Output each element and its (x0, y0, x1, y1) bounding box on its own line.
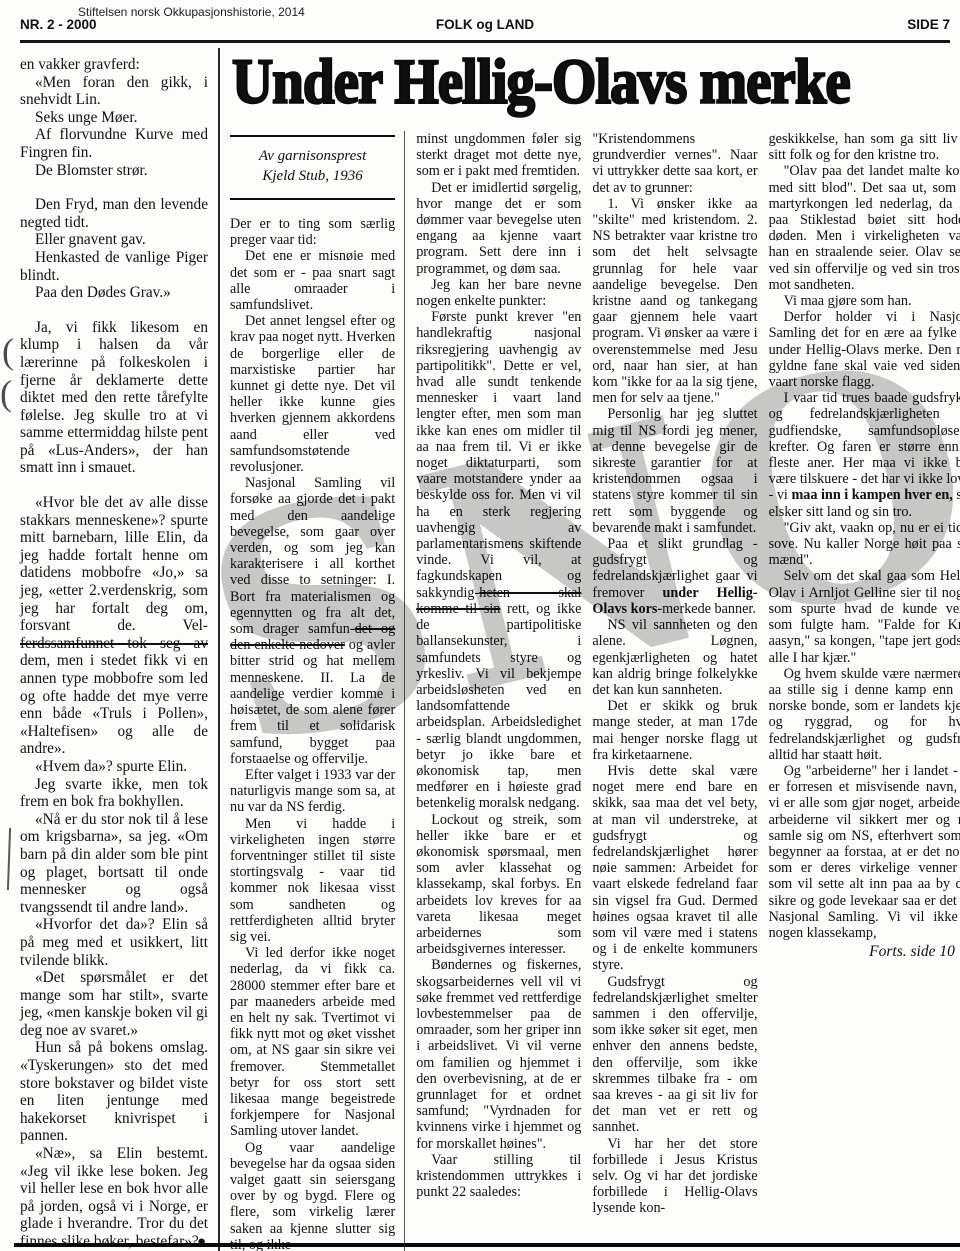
paragraph: Vi maa gjøre som han. (769, 293, 960, 309)
article-section: Under Hellig-Olavs merke Av garnisonspre… (220, 48, 960, 1251)
paragraph: Selv om det skal gaa som Hellig-Olav i A… (769, 568, 960, 665)
paragraph: Efter valget i 1933 var der naturligvis … (230, 767, 395, 816)
text-segment: Ja, vi fikk likesom en klump i halsen da… (20, 319, 208, 477)
text-segment: «Hvorfor det da»? Elin så på meg med et … (20, 916, 208, 968)
paragraph: Og vaar aandelige bevegelse har da ogsaa… (230, 1140, 395, 1251)
text-segment: Første punkt krever "en handlekraftig na… (416, 309, 581, 600)
newspaper-page: Stiftelsen norsk Okkupasjonshistorie, 20… (0, 0, 960, 1251)
paragraph: Hvis dette skal være noget mere end bare… (592, 763, 757, 974)
paragraph: «Hvem da»? spurte Elin. (20, 758, 208, 776)
text-segment: «Men foran den gikk, i snehvidt Lin. (20, 74, 208, 109)
text-segment: Personlig har jeg sluttet mig til NS for… (592, 406, 757, 535)
text-segment: Og hvem skulde være nærmere til aa still… (769, 666, 960, 763)
text-segment: Selv om det skal gaa som Hellig-Olav i A… (769, 568, 960, 665)
paragraph: Men vi hadde i virkeligheten ingen størr… (230, 816, 395, 946)
paragraph: Gudsfrygt og fedrelandskjærlighet smelte… (592, 974, 757, 1136)
article-column-1: Av garnisonsprest Kjeld Stub, 1936 Der e… (230, 131, 405, 1251)
paragraph: Og hvem skulde være nærmere til aa still… (769, 666, 960, 763)
page-number: SIDE 7 (907, 17, 950, 32)
paragraph: «Hvor ble det av alle disse stakkars men… (20, 494, 208, 758)
pen-mark: ( (2, 330, 14, 372)
paragraph: Nasjonal Samling vil forsøke aa gjorde d… (230, 475, 395, 767)
text-segment: Efter valget i 1933 var der naturligvis … (230, 767, 395, 815)
paragraph: «Hvorfor det da»? Elin så på meg med et … (20, 916, 208, 969)
text-segment: Jeg svarte ikke, men tok frem en bok fra… (20, 776, 208, 811)
paragraph: Og "arbeiderne" her i landet - det er fo… (769, 763, 960, 941)
text-segment: "Olav paa det landet malte korset med si… (769, 163, 960, 292)
text-segment: Nasjonal Samling vil forsøke aa gjorde d… (230, 475, 395, 637)
paragraph: NS vil sannheten og den alene. Løgnen, e… (592, 617, 757, 698)
text-segment: De Blomster strør. (35, 162, 148, 179)
text-segment: «Hvor ble det av alle disse stakkars men… (20, 494, 208, 634)
text-segment: Hvis dette skal være noget mere end bare… (592, 763, 757, 973)
text-segment: merkede banner. (662, 601, 756, 617)
paragraph: Vi led derfor ikke noget nederlag, da vi… (230, 945, 395, 1139)
paragraph: I vaar tid trues baade gudsfrykten og fe… (769, 390, 960, 520)
text-segment: minst ungdommen føler sig sterkt draget … (416, 131, 581, 179)
paragraph: minst ungdommen føler sig sterkt draget … (416, 131, 581, 180)
paragraph: Det er skikk og bruk mange steder, at ma… (592, 698, 757, 763)
paragraph: 1. Vi ønsker ikke aa "skilte" med kriste… (592, 196, 757, 407)
paragraph: De Blomster strør. (20, 162, 208, 180)
paragraph: "Olav paa det landet malte korset med si… (769, 163, 960, 293)
text-segment: Derfor holder vi i Nasjonal Samling det … (769, 309, 960, 390)
paragraph: «Nå er du stor nok til å lese om krigsba… (20, 811, 208, 917)
text-segment: Paa den Dødes Grav.» (35, 284, 171, 301)
paragraph: Ja, vi fikk likesom en klump i halsen da… (20, 319, 208, 477)
paragraph: "Kristendommens grundverdier vernes". Na… (592, 131, 757, 196)
text-segment: og avler bitter strid og hat mellem menn… (230, 637, 395, 766)
continuation-arrow-icon: ▶▶ (955, 941, 960, 961)
text-segment: Det er imidlertid sørgelig, hvor mange d… (416, 180, 581, 277)
text-segment: Seks unge Møer. (35, 109, 137, 126)
column-4-text: geskikkelse, han som ga sitt liv for sit… (769, 131, 960, 941)
masthead-title: FOLK og LAND (436, 17, 534, 32)
text-segment: Vi led derfor ikke noget nederlag, da vi… (230, 945, 395, 1139)
article-column-2: minst ungdommen føler sig sterkt draget … (416, 131, 581, 1251)
paragraph: Hun så på bokens omslag. «Tyskerungen» s… (20, 1039, 208, 1145)
article-columns: Av garnisonsprest Kjeld Stub, 1936 Der e… (230, 131, 960, 1251)
paragraph: Derfor holder vi i Nasjonal Samling det … (769, 309, 960, 390)
text-segment: Vi har her det store forbillede i Jesus … (592, 1136, 757, 1217)
byline-author: Kjeld Stub, 1936 (232, 166, 393, 186)
text-segment: 1. Vi ønsker ikke aa "skilte" med kriste… (592, 196, 757, 406)
text-segment: maa inn i kampen hver en, (791, 487, 952, 503)
masthead-row: NR. 2 - 2000 FOLK og LAND SIDE 7 (20, 17, 950, 43)
paragraph: en vakker gravferd: (20, 56, 208, 74)
paragraph: Personlig har jeg sluttet mig til NS for… (592, 406, 757, 536)
text-segment: ferdssamfunnet tok seg av (20, 635, 208, 652)
text-segment: Eller gnavent gav. (35, 231, 146, 248)
text-segment: Hun så på bokens omslag. «Tyskerungen» s… (20, 1039, 208, 1144)
paragraph: "Giv akt, vaakn op, nu er ei tid aa sove… (769, 520, 960, 569)
memoir-text: en vakker gravferd:«Men foran den gikk, … (20, 56, 208, 1251)
text-segment: Den Fryd, man den levende negted tidt. (20, 196, 208, 231)
paragraph: Henkasted de vanlige Piger blindt. (20, 249, 208, 284)
paragraph: Det ene er misnøie med det som er - paa … (230, 248, 395, 313)
paragraph: Den Fryd, man den levende negted tidt. (20, 196, 208, 231)
paragraph: Paa den Dødes Grav.» (20, 284, 208, 302)
memoir-column: en vakker gravferd:«Men foran den gikk, … (20, 48, 220, 1251)
text-segment: Henkasted de vanlige Piger blindt. (20, 249, 208, 284)
text-segment: Men vi hadde i virkeligheten ingen størr… (230, 816, 395, 945)
paragraph: Det annet lengsel efter og krav paa noge… (230, 313, 395, 475)
text-segment: Og vaar aandelige bevegelse har da ogsaa… (230, 1140, 395, 1251)
text-segment: «Næ», sa Elin bestemt. «Jeg vil ikke les… (20, 1145, 208, 1250)
text-segment: rett, og ikke de partipolitiske ballanse… (416, 601, 581, 811)
paragraph: Bøndernes og fiskernes, skogsarbeidernes… (416, 957, 581, 1151)
byline-box: Av garnisonsprest Kjeld Stub, 1936 (230, 135, 395, 200)
text-segment: Jeg kan her bare nevne nogen enkelte pun… (416, 277, 581, 309)
text-segment: en vakker gravferd: (20, 56, 140, 73)
paragraph: Eller gnavent gav. (20, 231, 208, 249)
text-segment: Det er skikk og bruk mange steder, at ma… (592, 698, 757, 763)
text-segment: "Giv akt, vaakn op, nu er ei tid aa sove… (769, 520, 960, 568)
page-body: en vakker gravferd:«Men foran den gikk, … (20, 48, 960, 1251)
text-segment: «Hvem da»? spurte Elin. (35, 758, 187, 775)
text-segment: "Kristendommens grundverdier vernes". Na… (592, 131, 757, 196)
paragraph: Lockout og streik, som heller ikke bare … (416, 812, 581, 958)
paragraph: Det er imidlertid sørgelig, hvor mange d… (416, 180, 581, 277)
text-segment: Vaar stilling til kristendommen uttrykke… (416, 1152, 581, 1200)
paragraph: Jeg kan her bare nevne nogen enkelte pun… (416, 277, 581, 309)
text-segment: Det annet lengsel efter og krav paa noge… (230, 313, 395, 475)
text-segment: dem, men i stedet fikk vi en annen type … (20, 652, 208, 757)
paragraph: Første punkt krever "en handlekraftig na… (416, 309, 581, 811)
paragraph: Paa et slikt grundlag - gudsfrygt og fed… (592, 536, 757, 617)
paragraph: «Men foran den gikk, i snehvidt Lin. (20, 74, 208, 109)
article-column-4: geskikkelse, han som ga sitt liv for sit… (769, 131, 960, 1251)
text-segment: «Det spørsmålet er det mange som har sti… (20, 969, 208, 1039)
paragraph: Vi har her det store forbillede i Jesus … (592, 1136, 757, 1217)
text-segment: Lockout og streik, som heller ikke bare … (416, 812, 581, 958)
continuation-label: Forts. side 10 (869, 943, 955, 960)
paragraph: geskikkelse, han som ga sitt liv for sit… (769, 131, 960, 163)
byline-role: Av garnisonsprest (232, 146, 393, 166)
paragraph: «Næ», sa Elin bestemt. «Jeg vil ikke les… (20, 1145, 208, 1251)
article-column-3: "Kristendommens grundverdier vernes". Na… (592, 131, 757, 1251)
column-1-text: Der er to ting som særlig preger vaar ti… (230, 216, 395, 1251)
paragraph: Der er to ting som særlig preger vaar ti… (230, 216, 395, 248)
text-segment: Gudsfrygt og fedrelandskjærlighet smelte… (592, 974, 757, 1136)
text-segment: geskikkelse, han som ga sitt liv for sit… (769, 131, 960, 163)
paragraph: Seks unge Møer. (20, 109, 208, 127)
text-segment: Bøndernes og fiskernes, skogsarbeidernes… (416, 957, 581, 1151)
text-segment: Det ene er misnøie med det som er - paa … (230, 248, 395, 313)
paragraph: Jeg svarte ikke, men tok frem en bok fra… (20, 776, 208, 811)
paragraph: Vaar stilling til kristendommen uttrykke… (416, 1152, 581, 1201)
continuation-note: Forts. side 10▶▶ (769, 943, 960, 960)
paragraph: Af florvundne Kurve med Fingren fin. (20, 126, 208, 161)
text-segment: Af florvundne Kurve med Fingren fin. (20, 126, 208, 161)
issue-number: NR. 2 - 2000 (20, 17, 97, 32)
pen-mark: ( (0, 372, 12, 414)
text-segment: Der er to ting som særlig preger vaar ti… (230, 216, 395, 248)
text-segment: Vi maa gjøre som han. (784, 293, 912, 309)
text-segment: Og "arbeiderne" her i landet - det er fo… (769, 763, 960, 941)
text-segment: NS vil sannheten og den alene. Løgnen, e… (592, 617, 757, 698)
headline: Under Hellig-Olavs merke (232, 50, 960, 114)
text-segment: «Nå er du stor nok til å lese om krigsba… (20, 811, 208, 916)
bottom-rule (14, 1243, 960, 1247)
paragraph: «Det spørsmålet er det mange som har sti… (20, 969, 208, 1039)
pen-mark (7, 828, 11, 890)
